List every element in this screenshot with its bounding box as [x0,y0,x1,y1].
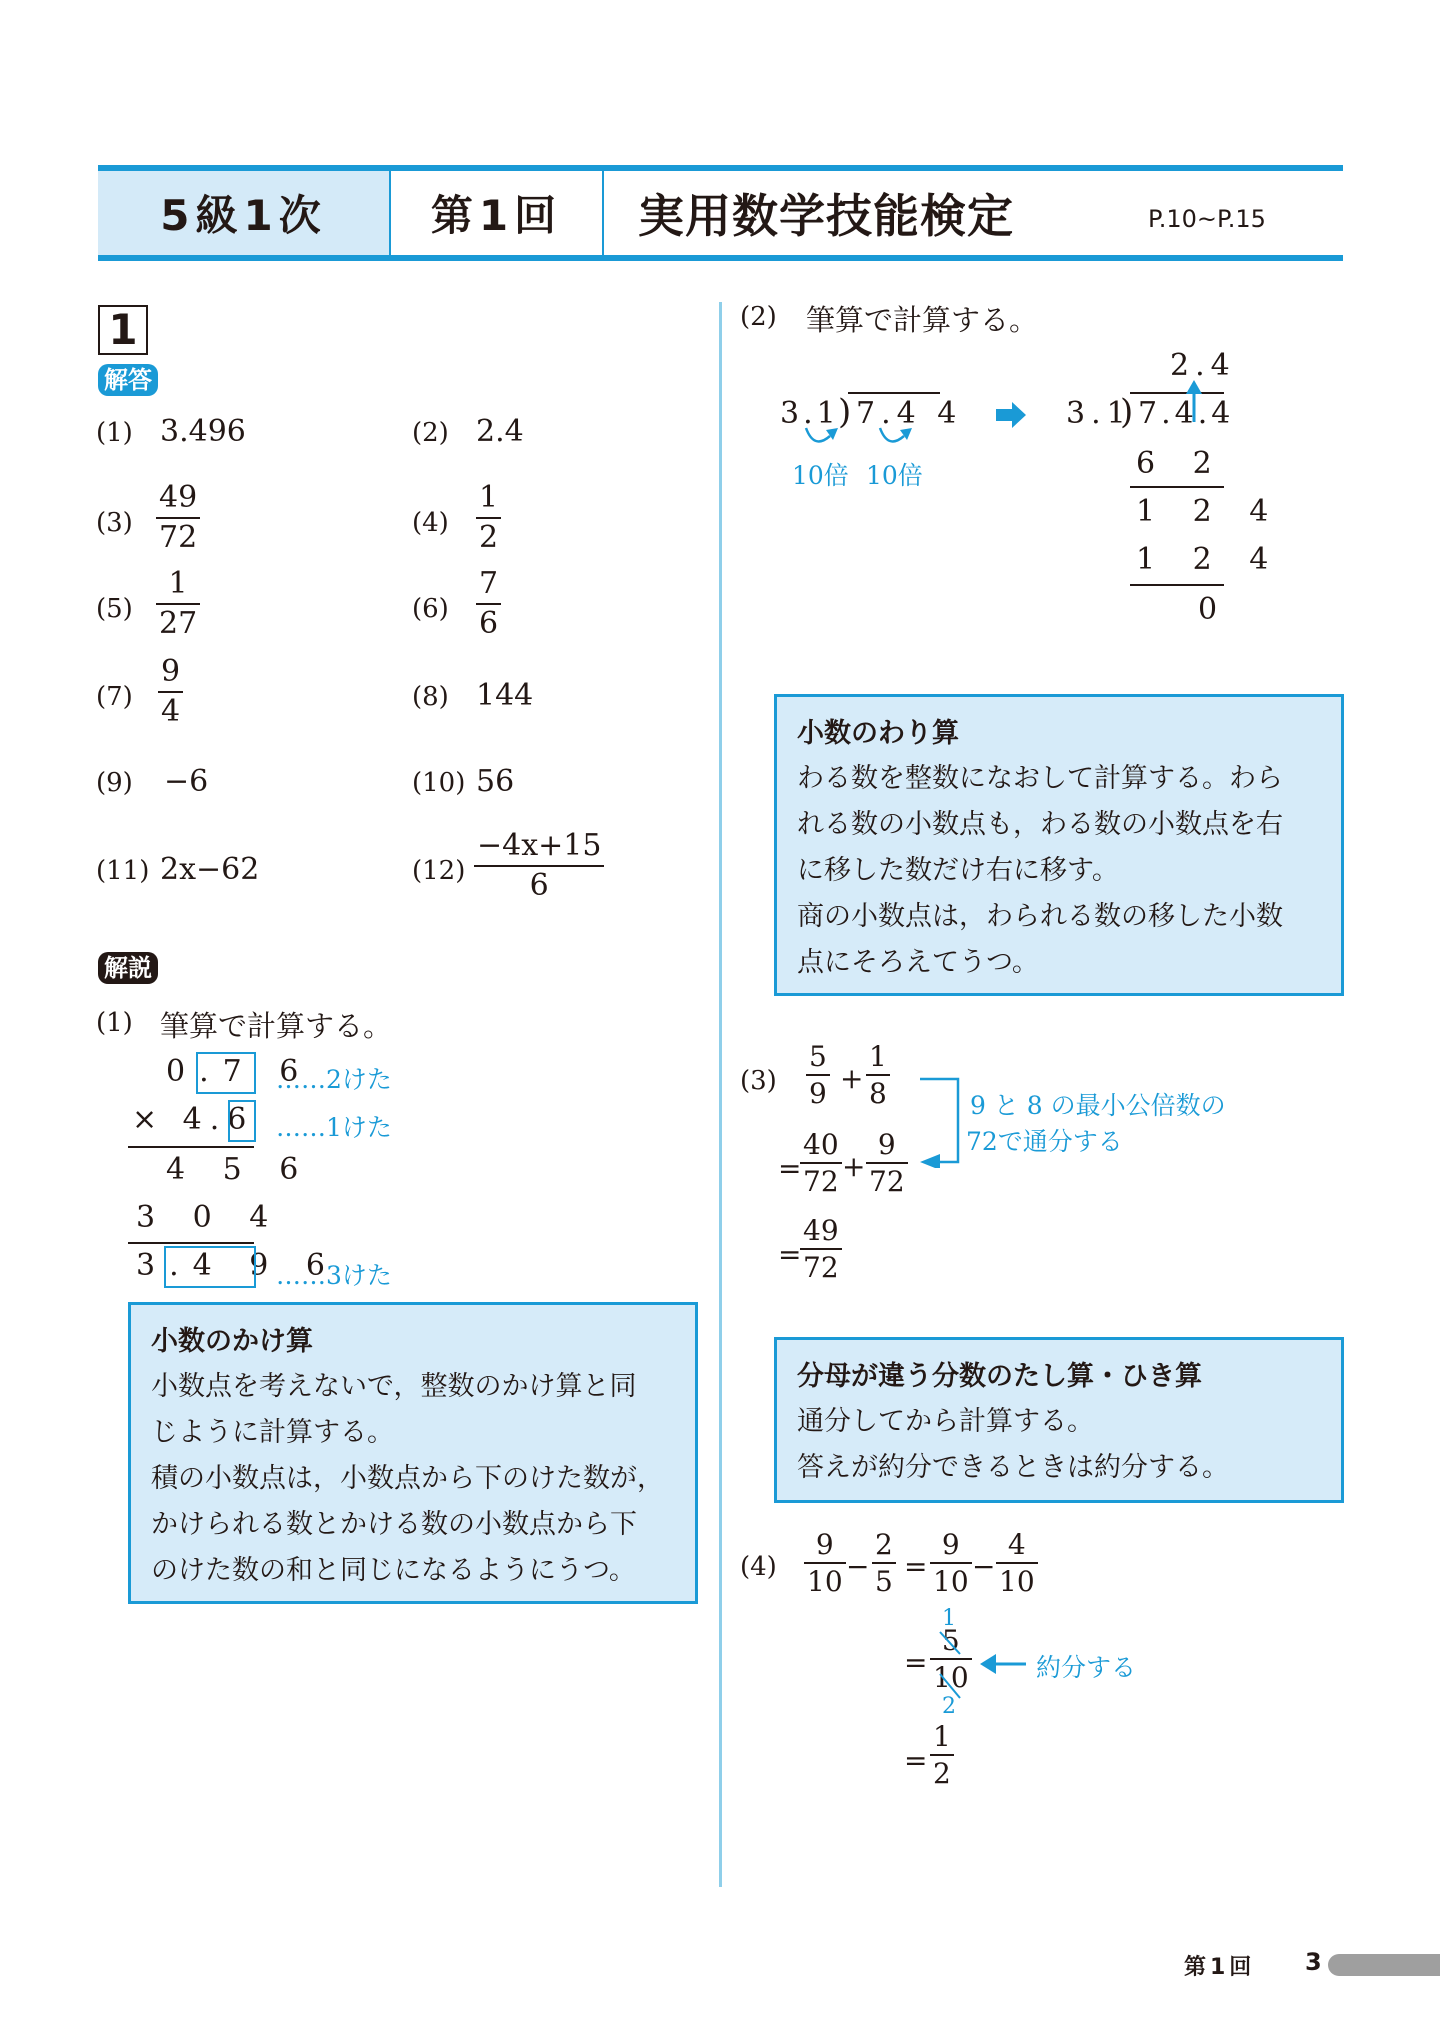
tip-line: 小数点を考えないで，整数のかけ算と同 [151,1364,675,1410]
tip-title: 小数のかけ算 [151,1319,675,1358]
grade-label: 5級1次 [98,171,391,255]
answer-label: (9) [96,768,133,798]
calc-line [1130,584,1224,586]
digit-count-note: ……3けた [276,1256,392,1292]
minus-sign: − [846,1550,869,1583]
answer-label: (1) [96,418,133,448]
calc-line [1130,486,1224,488]
answer-fraction: −4x+156 [474,830,604,901]
tip-line: わる数を整数になおして計算する。わら [797,756,1321,802]
tip-line: 通分してから計算する。 [797,1399,1321,1445]
bracket-arrow-icon [918,1076,962,1168]
division-remainder: 0 [1198,592,1231,627]
answer-value: 2x−62 [160,852,259,887]
quotient: 2.4 [1170,348,1236,383]
answer-label: (3) [96,508,133,538]
times-label: 10倍 [866,456,923,492]
explanation-label: (2) [740,302,777,332]
tip-line: 積の小数点は，小数点から下のけた数が， [151,1456,675,1502]
tip-line: かけられる数とかける数の小数点から下 [151,1502,675,1548]
cancel-denominator: 2 [942,1694,956,1719]
equals-sign: = [904,1744,927,1777]
page-header: 5級1次 第1回 実用数学技能検定 P.10~P.15 [98,165,1343,261]
fraction: 59 [806,1042,830,1109]
answer-label: (10) [412,768,465,798]
round-label: 第1回 [391,171,604,255]
fraction: 18 [866,1042,890,1109]
equals-sign: = [778,1238,801,1271]
minus-sign: − [972,1550,995,1583]
up-arrow-icon [1186,380,1202,424]
digit-count-note: ……2けた [276,1060,392,1096]
answer-label: (5) [96,594,133,624]
division-step: 1 2 4 [1136,494,1282,529]
right-arrow-icon [996,402,1028,428]
equals-sign: = [778,1152,801,1185]
explanation-text: 筆算で計算する。 [160,1004,392,1045]
answer-label: (7) [96,682,133,712]
column-divider [719,302,722,1887]
answer-value: 144 [476,678,533,713]
fraction: 972 [866,1130,908,1197]
fraction: 410 [996,1530,1038,1597]
answer-fraction: 4972 [156,482,200,553]
plus-sign: + [842,1150,865,1183]
fraction: 25 [872,1530,896,1597]
tip-line: に移した数だけ右に移す。 [797,848,1321,894]
equals-sign: = [904,1646,927,1679]
left-arrow-icon [980,1654,1028,1674]
tip-box-fraction-addition: 分母が違う分数のたし算・ひき算 通分してから計算する。 答えが約分できるときは約… [774,1337,1344,1503]
answer-value: −6 [164,764,208,799]
answer-label: (2) [412,418,449,448]
tip-line: のけた数の和と同じになるようにうつ。 [151,1548,675,1594]
partial-product: 4 5 6 [166,1152,312,1187]
tip-line: 商の小数点は，わられる数の移した小数 [797,894,1321,940]
calc-line [128,1242,254,1244]
fraction: 910 [930,1530,972,1597]
decimal-digits-highlight [196,1052,256,1094]
answer-fraction: 76 [476,568,501,639]
answer-fraction: 94 [158,656,183,727]
problem-number-box: 1 [98,305,148,355]
fraction: 4972 [800,1216,842,1283]
reduce-note: 約分する [1036,1648,1136,1684]
answer-label: (12) [412,856,465,886]
division-step: 1 2 4 [1136,542,1282,577]
page-title: 実用数学技能検定 [638,171,1014,255]
answer-badge: 解答 [98,364,158,396]
answer-label: (4) [412,508,449,538]
explanation-label: (1) [96,1008,133,1038]
equals-sign: = [904,1550,927,1583]
answer-label: (11) [96,856,149,886]
tip-line: じように計算する。 [151,1410,675,1456]
explanation-badge: 解説 [98,952,158,984]
division-bar [1130,392,1224,394]
tip-line: れる数の小数点も，わる数の小数点を右 [797,802,1321,848]
decimal-digits-highlight [164,1246,256,1288]
tip-title: 分母が違う分数のたし算・ひき算 [797,1354,1321,1393]
tip-title: 小数のわり算 [797,711,1321,750]
tip-box-decimal-division: 小数のわり算 わる数を整数になおして計算する。わら れる数の小数点も，わる数の小… [774,694,1344,996]
footer-bar [1328,1954,1440,1976]
explanation-label: (3) [740,1066,777,1096]
answer-fraction: 12 [476,482,501,553]
answer-value: 3.496 [160,414,246,449]
division-bar [848,392,940,394]
tip-box-decimal-multiplication: 小数のかけ算 小数点を考えないで，整数のかけ算と同 じように計算する。 積の小数… [128,1302,698,1604]
partial-product: 3 0 4 [136,1200,282,1235]
division-step: 6 2 [1136,446,1226,481]
lcm-note: 72で通分する [966,1122,1123,1158]
fraction: 910 [804,1530,846,1597]
plus-sign: + [840,1062,863,1095]
digit-count-note: ……1けた [276,1108,392,1144]
calc-line [128,1146,254,1148]
division-bracket: ) [1120,392,1133,432]
answer-value: 56 [476,764,514,799]
fraction: 4072 [800,1130,842,1197]
answer-value: 2.4 [476,414,524,449]
fraction: 12 [930,1722,954,1789]
footer-round: 第1回 [1184,1950,1255,1981]
page-number: 3 [1305,1948,1322,1976]
explanation-label: (4) [740,1552,777,1582]
answer-fraction: 127 [156,568,200,639]
shift-arrows-icon [800,424,930,456]
lcm-note: 9 と 8 の最小公倍数の [970,1086,1226,1122]
page-range: P.10~P.15 [1148,177,1266,261]
cancel-strike-icon [936,1626,966,1704]
tip-line: 点にそろえてうつ。 [797,940,1321,986]
times-label: 10倍 [792,456,849,492]
tip-line: 答えが約分できるときは約分する。 [797,1445,1321,1491]
answer-label: (8) [412,682,449,712]
answer-label: (6) [412,594,449,624]
explanation-text: 筆算で計算する。 [806,298,1038,339]
decimal-digits-highlight [228,1100,256,1142]
